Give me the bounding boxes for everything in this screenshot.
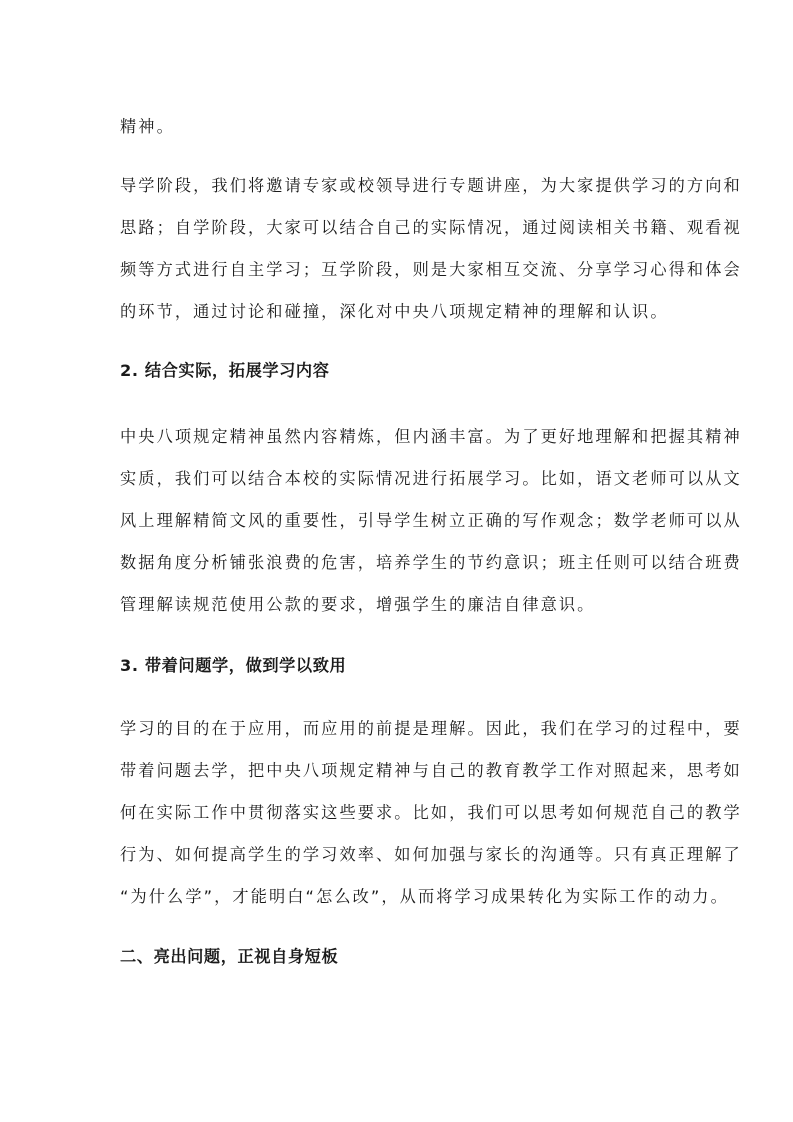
paragraph-line: 导学阶段，我们将邀请专家或校领导进行专题讲座，为大家提供学习的方向和	[120, 176, 680, 196]
paragraph-line: 行为、如何提高学生的学习效率、如何加强与家长的沟通等。只有真正理解了	[120, 845, 680, 865]
paragraph-line: 的环节，通过讨论和碰撞，深化对中央八项规定精神的理解和认识。	[120, 302, 680, 322]
paragraph-line: 带着问题去学，把中央八项规定精神与自己的教育教学工作对照起来，思考如	[120, 761, 680, 781]
paragraph-line: 实质，我们可以结合本校的实际情况进行拓展学习。比如，语文老师可以从文	[120, 469, 680, 489]
paragraph-line: 频等方式进行自主学习；互学阶段，则是大家相互交流、分享学习心得和体会	[120, 260, 680, 280]
paragraph-line: 何在实际工作中贯彻落实这些要求。比如，我们可以思考如何规范自己的教学	[120, 803, 680, 823]
paragraph-line: “为什么学”，才能明白“怎么改”，从而将学习成果转化为实际工作的动力。	[120, 887, 680, 907]
section-heading: 二、亮出问题，正视自身短板	[120, 947, 680, 967]
paragraph-line: 中央八项规定精神虽然内容精炼，但内涵丰富。为了更好地理解和把握其精神	[120, 427, 680, 447]
paragraph-line: 精神。	[120, 117, 680, 137]
paragraph-line: 思路；自学阶段，大家可以结合自己的实际情况，通过阅读相关书籍、观看视	[120, 218, 680, 238]
paragraph-line: 风上理解精简文风的重要性，引导学生树立正确的写作观念；数学老师可以从	[120, 511, 680, 531]
section-heading: 3. 带着问题学，做到学以致用	[120, 656, 680, 676]
paragraph-line: 管理解读规范使用公款的要求，增强学生的廉洁自律意识。	[120, 595, 680, 615]
document-page: 精神。 导学阶段，我们将邀请专家或校领导进行专题讲座，为大家提供学习的方向和 思…	[0, 0, 793, 1122]
paragraph-line: 学习的目的在于应用，而应用的前提是理解。因此，我们在学习的过程中，要	[120, 719, 680, 739]
paragraph-line: 数据角度分析铺张浪费的危害，培养学生的节约意识；班主任则可以结合班费	[120, 553, 680, 573]
section-heading: 2. 结合实际，拓展学习内容	[120, 361, 680, 381]
